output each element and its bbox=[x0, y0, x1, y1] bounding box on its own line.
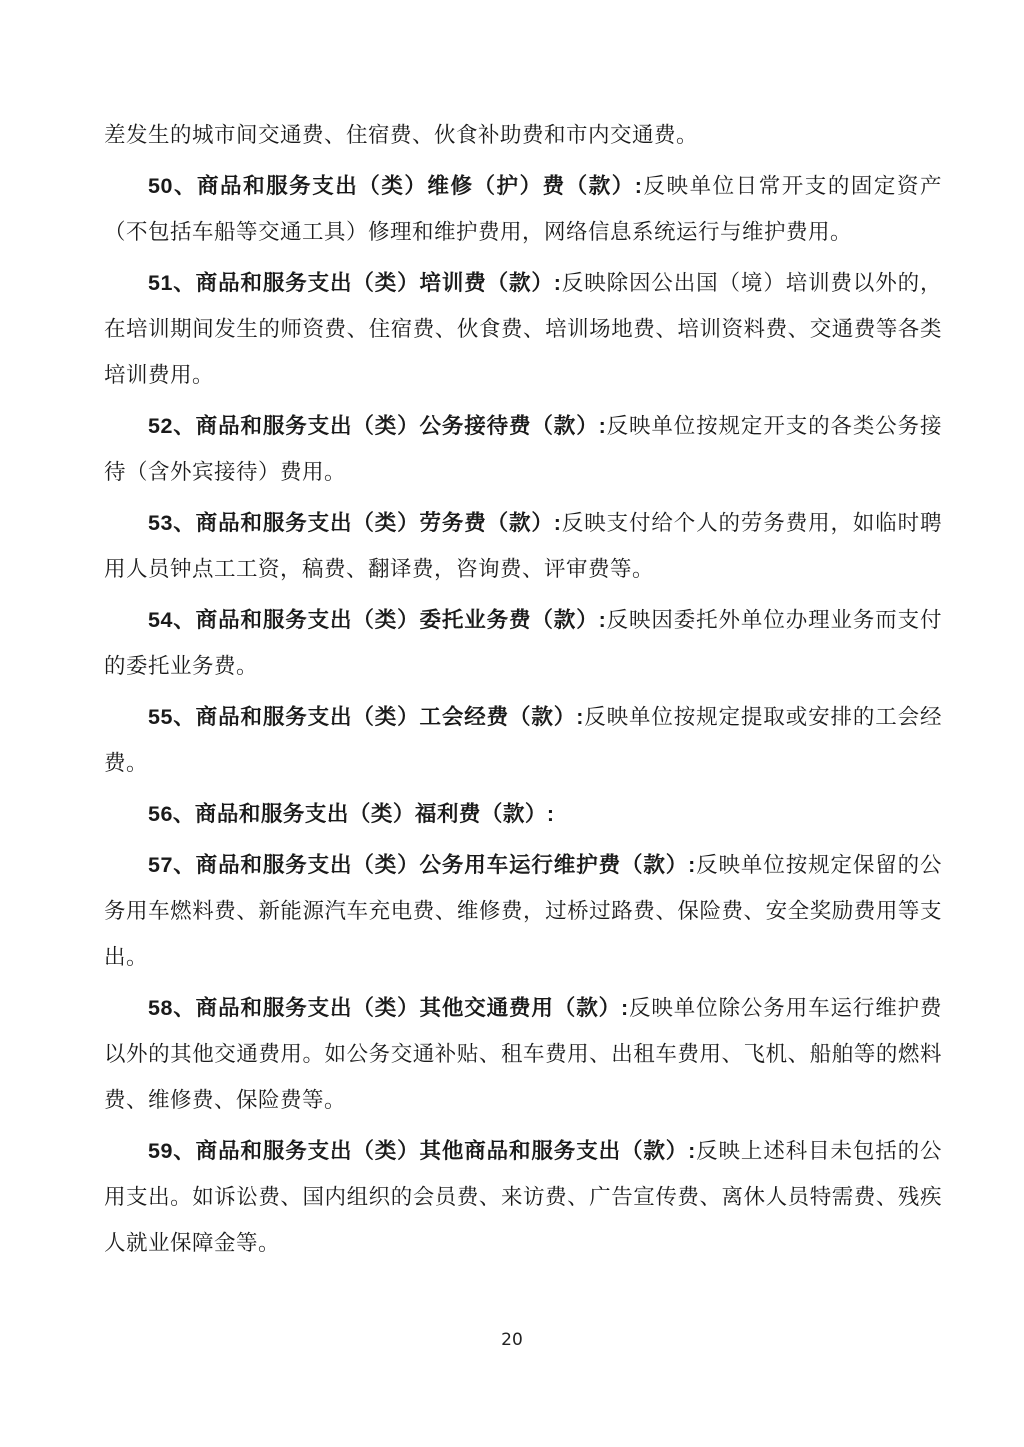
paragraph: 56、商品和服务支出（类）福利费（款）: bbox=[104, 791, 942, 837]
page-number: 20 bbox=[0, 1330, 1024, 1350]
document-body: 差发生的城市间交通费、住宿费、伙食补助费和市内交通费。50、商品和服务支出（类）… bbox=[104, 112, 942, 1271]
paragraph: 51、商品和服务支出（类）培训费（款）:反映除因公出国（境）培训费以外的，在培训… bbox=[104, 260, 942, 398]
item-heading-text: 53、商品和服务支出（类）劳务费（款）: bbox=[148, 511, 561, 535]
paragraph: 58、商品和服务支出（类）其他交通费用（款）:反映单位除公务用车运行维护费以外的… bbox=[104, 985, 942, 1123]
paragraph: 54、商品和服务支出（类）委托业务费（款）:反映因委托外单位办理业务而支付的委托… bbox=[104, 597, 942, 689]
item-heading-text: 55、商品和服务支出（类）工会经费（款）: bbox=[148, 705, 584, 729]
item-heading-text: 54、商品和服务支出（类）委托业务费（款）: bbox=[148, 608, 606, 632]
item-heading-text: 56、商品和服务支出（类）福利费（款）: bbox=[148, 802, 555, 826]
item-heading-text: 52、商品和服务支出（类）公务接待费（款）: bbox=[148, 414, 606, 438]
item-heading-text: 59、商品和服务支出（类）其他商品和服务支出（款）: bbox=[148, 1139, 696, 1163]
item-heading-text: 58、商品和服务支出（类）其他交通费用（款）: bbox=[148, 996, 629, 1020]
paragraph: 57、商品和服务支出（类）公务用车运行维护费（款）:反映单位按规定保留的公务用车… bbox=[104, 842, 942, 980]
item-body-text: 差发生的城市间交通费、住宿费、伙食补助费和市内交通费。 bbox=[104, 123, 698, 147]
paragraph: 50、商品和服务支出（类）维修（护）费（款）:反映单位日常开支的固定资产（不包括… bbox=[104, 163, 942, 255]
paragraph: 52、商品和服务支出（类）公务接待费（款）:反映单位按规定开支的各类公务接待（含… bbox=[104, 403, 942, 495]
document-page: 差发生的城市间交通费、住宿费、伙食补助费和市内交通费。50、商品和服务支出（类）… bbox=[0, 0, 1024, 1447]
item-heading-text: 50、商品和服务支出（类）维修（护）费（款）: bbox=[148, 174, 642, 198]
paragraph: 差发生的城市间交通费、住宿费、伙食补助费和市内交通费。 bbox=[104, 112, 942, 158]
paragraph: 55、商品和服务支出（类）工会经费（款）:反映单位按规定提取或安排的工会经费。 bbox=[104, 694, 942, 786]
paragraph: 53、商品和服务支出（类）劳务费（款）:反映支付给个人的劳务费用，如临时聘用人员… bbox=[104, 500, 942, 592]
item-heading-text: 51、商品和服务支出（类）培训费（款）: bbox=[148, 271, 561, 295]
paragraph: 59、商品和服务支出（类）其他商品和服务支出（款）:反映上述科目未包括的公用支出… bbox=[104, 1128, 942, 1266]
item-heading-text: 57、商品和服务支出（类）公务用车运行维护费（款）: bbox=[148, 853, 696, 877]
